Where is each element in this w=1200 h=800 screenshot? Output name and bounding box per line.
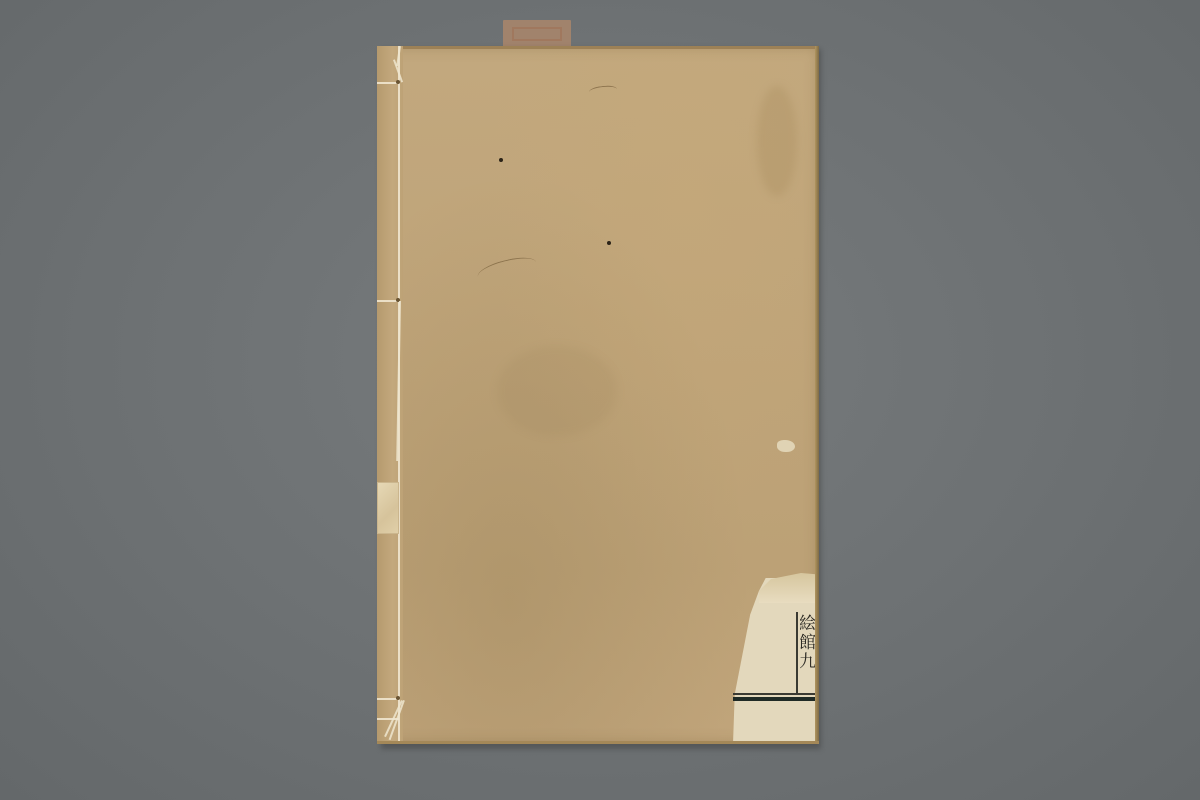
stitch-hole (396, 696, 400, 700)
book-cover: 絵館九 (377, 46, 819, 744)
torn-cover-edge (759, 573, 819, 603)
small-tear (777, 440, 795, 452)
photo-backdrop: 絵館九 (0, 0, 1200, 800)
stitch-hole (396, 80, 400, 84)
book-top-edge (377, 46, 819, 49)
book-right-edge (815, 46, 819, 744)
stain (497, 346, 617, 436)
spine-repair-patch (377, 482, 399, 534)
paper-fiber (476, 253, 539, 286)
color-reference-tab-frame (512, 27, 562, 41)
ink-speck (607, 241, 611, 245)
stain (757, 86, 797, 196)
book-bottom-edge (377, 741, 819, 744)
paper-fiber (589, 85, 618, 97)
title-slip-border (796, 612, 798, 694)
ink-speck (499, 158, 503, 162)
